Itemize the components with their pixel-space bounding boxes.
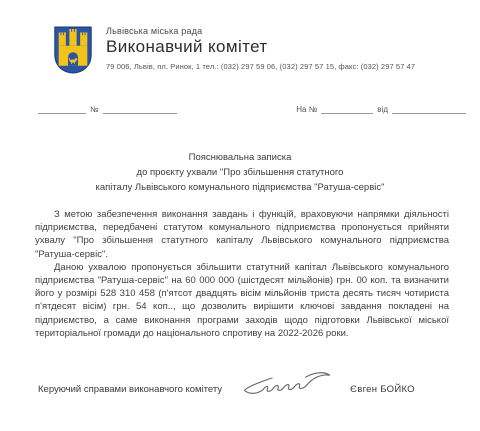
outgoing-number-group: №	[38, 104, 177, 114]
body-paragraph: Даною ухвалою пропонується збільшити ста…	[35, 261, 449, 340]
castle-shape	[59, 29, 88, 66]
letterhead: Львівська міська рада Виконавчий комітет…	[0, 0, 480, 76]
body-paragraph: З метою забезпечення виконання завдань і…	[35, 208, 449, 261]
org-name: Виконавчий комітет	[106, 37, 415, 57]
reply-date-blank-field	[392, 104, 466, 114]
reply-label: На №	[296, 105, 317, 114]
org-address: 79 006, Львів, пл. Ринок, 1 тел.: (032) …	[106, 62, 415, 71]
date-blank-field	[38, 104, 86, 114]
document-title: Пояснювальна записка до проєкту ухвали "…	[0, 150, 480, 195]
document-page: Львівська міська рада Виконавчий комітет…	[0, 0, 480, 431]
reply-number-blank-field	[321, 104, 373, 114]
reply-date-label: від	[377, 105, 388, 114]
document-body: З метою забезпечення виконання завдань і…	[0, 208, 480, 340]
number-label: №	[90, 105, 99, 114]
letterhead-text: Львівська міська рада Виконавчий комітет…	[106, 24, 415, 71]
title-line: капіталу Львівського комунального підпри…	[0, 180, 480, 195]
reference-line: № На № від	[0, 104, 480, 114]
number-blank-field	[103, 104, 177, 114]
org-parent-name: Львівська міська рада	[106, 26, 415, 36]
reply-number-group: На № від	[296, 104, 466, 114]
title-line: до проєкту ухвали "Про збільшення статут…	[0, 165, 480, 180]
handwritten-signature	[236, 370, 340, 402]
lviv-coat-of-arms-icon	[52, 24, 94, 76]
title-line: Пояснювальна записка	[0, 150, 480, 165]
signature-block: Керуючий справами виконавчого комітету Є…	[0, 370, 480, 408]
signatory-position: Керуючий справами виконавчого комітету	[38, 384, 222, 395]
signatory-name: Євген БОЙКО	[350, 384, 415, 395]
